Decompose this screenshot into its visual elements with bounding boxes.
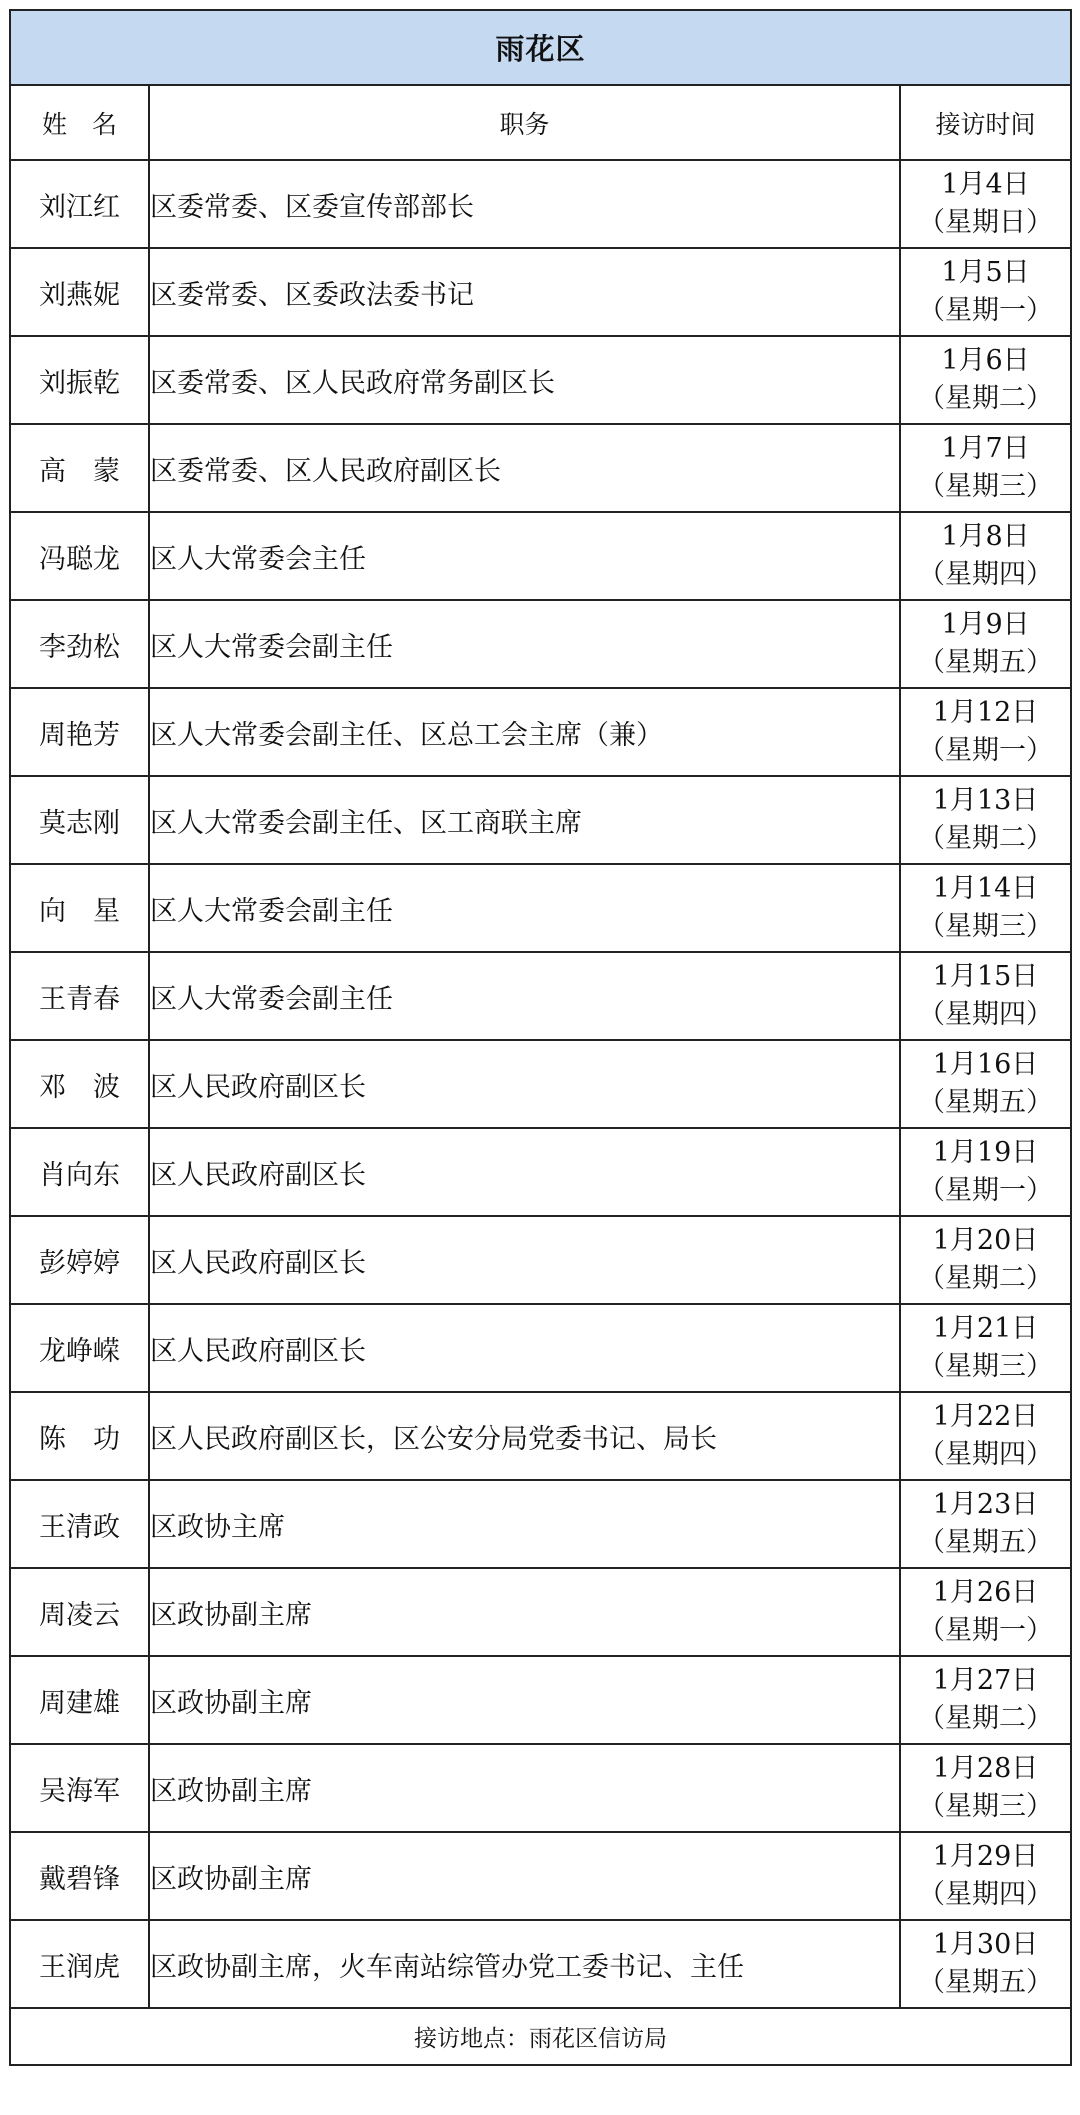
weekday-text: （星期二） [901, 820, 1070, 858]
district-title: 雨花区 [10, 10, 1071, 85]
official-name: 冯聪龙 [10, 512, 149, 600]
official-duty: 区人大常委会主任 [149, 512, 900, 600]
reception-date: 1月22日 （星期四） [900, 1392, 1071, 1480]
weekday-text: （星期四） [901, 1436, 1070, 1474]
table-row: 冯聪龙 区人大常委会主任 1月8日 （星期四） [10, 512, 1071, 600]
table-row: 戴碧锋 区政协副主席 1月29日 （星期四） [10, 1832, 1071, 1920]
table-row: 刘振乾 区委常委、区人民政府常务副区长 1月6日 （星期二） [10, 336, 1071, 424]
official-name: 肖向东 [10, 1128, 149, 1216]
footer-row: 接访地点：雨花区信访局 [10, 2008, 1071, 2065]
table-row: 莫志刚 区人大常委会副主任、区工商联主席 1月13日 （星期二） [10, 776, 1071, 864]
weekday-text: （星期一） [901, 732, 1070, 770]
date-text: 1月14日 [901, 870, 1070, 908]
table-row: 邓 波 区人民政府副区长 1月16日 （星期五） [10, 1040, 1071, 1128]
date-text: 1月29日 [901, 1838, 1070, 1876]
date-text: 1月9日 [901, 606, 1070, 644]
reception-date: 1月29日 （星期四） [900, 1832, 1071, 1920]
table-row: 彭婷婷 区人民政府副区长 1月20日 （星期二） [10, 1216, 1071, 1304]
reception-date: 1月12日 （星期一） [900, 688, 1071, 776]
official-duty: 区政协副主席 [149, 1568, 900, 1656]
official-duty: 区人民政府副区长 [149, 1128, 900, 1216]
reception-date: 1月15日 （星期四） [900, 952, 1071, 1040]
reception-date: 1月13日 （星期二） [900, 776, 1071, 864]
date-text: 1月23日 [901, 1486, 1070, 1524]
official-duty: 区政协副主席 [149, 1744, 900, 1832]
date-text: 1月6日 [901, 342, 1070, 380]
reception-date: 1月30日 （星期五） [900, 1920, 1071, 2008]
official-name: 高 蒙 [10, 424, 149, 512]
reception-date: 1月7日 （星期三） [900, 424, 1071, 512]
date-text: 1月7日 [901, 430, 1070, 468]
weekday-text: （星期四） [901, 556, 1070, 594]
official-duty: 区政协副主席 [149, 1656, 900, 1744]
reception-date: 1月20日 （星期二） [900, 1216, 1071, 1304]
official-duty: 区委常委、区委宣传部部长 [149, 160, 900, 248]
official-duty: 区委常委、区委政法委书记 [149, 248, 900, 336]
official-name: 向 星 [10, 864, 149, 952]
official-name: 龙峥嵘 [10, 1304, 149, 1392]
date-text: 1月4日 [901, 166, 1070, 204]
reception-date: 1月28日 （星期三） [900, 1744, 1071, 1832]
date-text: 1月26日 [901, 1574, 1070, 1612]
official-name: 王青春 [10, 952, 149, 1040]
reception-date: 1月8日 （星期四） [900, 512, 1071, 600]
weekday-text: （星期三） [901, 908, 1070, 946]
header-name: 姓 名 [10, 85, 149, 160]
official-duty: 区人民政府副区长，区公安分局党委书记、局长 [149, 1392, 900, 1480]
weekday-text: （星期二） [901, 1260, 1070, 1298]
date-text: 1月12日 [901, 694, 1070, 732]
reception-date: 1月26日 （星期一） [900, 1568, 1071, 1656]
date-text: 1月22日 [901, 1398, 1070, 1436]
official-duty: 区人大常委会副主任、区工商联主席 [149, 776, 900, 864]
official-name: 邓 波 [10, 1040, 149, 1128]
official-duty: 区政协主席 [149, 1480, 900, 1568]
table-row: 王润虎 区政协副主席，火车南站综管办党工委书记、主任 1月30日 （星期五） [10, 1920, 1071, 2008]
weekday-text: （星期五） [901, 1084, 1070, 1122]
official-name: 刘江红 [10, 160, 149, 248]
reception-date: 1月16日 （星期五） [900, 1040, 1071, 1128]
reception-date: 1月5日 （星期一） [900, 248, 1071, 336]
official-duty: 区委常委、区人民政府常务副区长 [149, 336, 900, 424]
official-name: 周凌云 [10, 1568, 149, 1656]
official-duty: 区人大常委会副主任 [149, 600, 900, 688]
weekday-text: （星期三） [901, 1788, 1070, 1826]
date-text: 1月15日 [901, 958, 1070, 996]
weekday-text: （星期五） [901, 1964, 1070, 2002]
official-name: 李劲松 [10, 600, 149, 688]
date-text: 1月5日 [901, 254, 1070, 292]
reception-date: 1月27日 （星期二） [900, 1656, 1071, 1744]
official-name: 莫志刚 [10, 776, 149, 864]
official-name: 吴海军 [10, 1744, 149, 1832]
official-name: 戴碧锋 [10, 1832, 149, 1920]
official-name: 彭婷婷 [10, 1216, 149, 1304]
weekday-text: （星期一） [901, 1612, 1070, 1650]
table-row: 陈 功 区人民政府副区长，区公安分局党委书记、局长 1月22日 （星期四） [10, 1392, 1071, 1480]
table-row: 高 蒙 区委常委、区人民政府副区长 1月7日 （星期三） [10, 424, 1071, 512]
table-row: 王青春 区人大常委会副主任 1月15日 （星期四） [10, 952, 1071, 1040]
reception-date: 1月23日 （星期五） [900, 1480, 1071, 1568]
official-duty: 区人大常委会副主任 [149, 952, 900, 1040]
reception-date: 1月6日 （星期二） [900, 336, 1071, 424]
reception-date: 1月4日 （星期日） [900, 160, 1071, 248]
official-duty: 区人民政府副区长 [149, 1304, 900, 1392]
official-name: 周建雄 [10, 1656, 149, 1744]
weekday-text: （星期五） [901, 1524, 1070, 1562]
title-row: 雨花区 [10, 10, 1071, 85]
date-text: 1月8日 [901, 518, 1070, 556]
reception-date: 1月9日 （星期五） [900, 600, 1071, 688]
date-text: 1月13日 [901, 782, 1070, 820]
table-row: 李劲松 区人大常委会副主任 1月9日 （星期五） [10, 600, 1071, 688]
official-name: 王润虎 [10, 1920, 149, 2008]
header-date: 接访时间 [900, 85, 1071, 160]
weekday-text: （星期二） [901, 380, 1070, 418]
weekday-text: （星期一） [901, 292, 1070, 330]
official-name: 周艳芳 [10, 688, 149, 776]
date-text: 1月16日 [901, 1046, 1070, 1084]
official-duty: 区人民政府副区长 [149, 1040, 900, 1128]
reception-schedule-table: 雨花区 姓 名 职务 接访时间 刘江红 区委常委、区委宣传部部长 1月4日 （星… [9, 9, 1072, 2066]
official-duty: 区政协副主席，火车南站综管办党工委书记、主任 [149, 1920, 900, 2008]
table-row: 向 星 区人大常委会副主任 1月14日 （星期三） [10, 864, 1071, 952]
table-row: 吴海军 区政协副主席 1月28日 （星期三） [10, 1744, 1071, 1832]
official-duty: 区政协副主席 [149, 1832, 900, 1920]
table-row: 肖向东 区人民政府副区长 1月19日 （星期一） [10, 1128, 1071, 1216]
reception-date: 1月14日 （星期三） [900, 864, 1071, 952]
date-text: 1月20日 [901, 1222, 1070, 1260]
official-name: 刘振乾 [10, 336, 149, 424]
weekday-text: （星期二） [901, 1700, 1070, 1738]
table-row: 王清政 区政协主席 1月23日 （星期五） [10, 1480, 1071, 1568]
official-duty: 区人大常委会副主任、区总工会主席（兼） [149, 688, 900, 776]
table-row: 周建雄 区政协副主席 1月27日 （星期二） [10, 1656, 1071, 1744]
official-name: 刘燕妮 [10, 248, 149, 336]
weekday-text: （星期日） [901, 204, 1070, 242]
reception-location: 接访地点：雨花区信访局 [10, 2008, 1071, 2065]
table-row: 刘江红 区委常委、区委宣传部部长 1月4日 （星期日） [10, 160, 1071, 248]
weekday-text: （星期三） [901, 468, 1070, 506]
weekday-text: （星期三） [901, 1348, 1070, 1386]
header-duty: 职务 [149, 85, 900, 160]
date-text: 1月27日 [901, 1662, 1070, 1700]
reception-date: 1月19日 （星期一） [900, 1128, 1071, 1216]
official-duty: 区人民政府副区长 [149, 1216, 900, 1304]
table-row: 龙峥嵘 区人民政府副区长 1月21日 （星期三） [10, 1304, 1071, 1392]
date-text: 1月19日 [901, 1134, 1070, 1172]
date-text: 1月30日 [901, 1926, 1070, 1964]
official-name: 陈 功 [10, 1392, 149, 1480]
date-text: 1月21日 [901, 1310, 1070, 1348]
official-name: 王清政 [10, 1480, 149, 1568]
weekday-text: （星期五） [901, 644, 1070, 682]
reception-date: 1月21日 （星期三） [900, 1304, 1071, 1392]
table-row: 周艳芳 区人大常委会副主任、区总工会主席（兼） 1月12日 （星期一） [10, 688, 1071, 776]
weekday-text: （星期四） [901, 996, 1070, 1034]
official-duty: 区人大常委会副主任 [149, 864, 900, 952]
weekday-text: （星期一） [901, 1172, 1070, 1210]
official-duty: 区委常委、区人民政府副区长 [149, 424, 900, 512]
table-row: 刘燕妮 区委常委、区委政法委书记 1月5日 （星期一） [10, 248, 1071, 336]
date-text: 1月28日 [901, 1750, 1070, 1788]
weekday-text: （星期四） [901, 1876, 1070, 1914]
table-row: 周凌云 区政协副主席 1月26日 （星期一） [10, 1568, 1071, 1656]
header-row: 姓 名 职务 接访时间 [10, 85, 1071, 160]
